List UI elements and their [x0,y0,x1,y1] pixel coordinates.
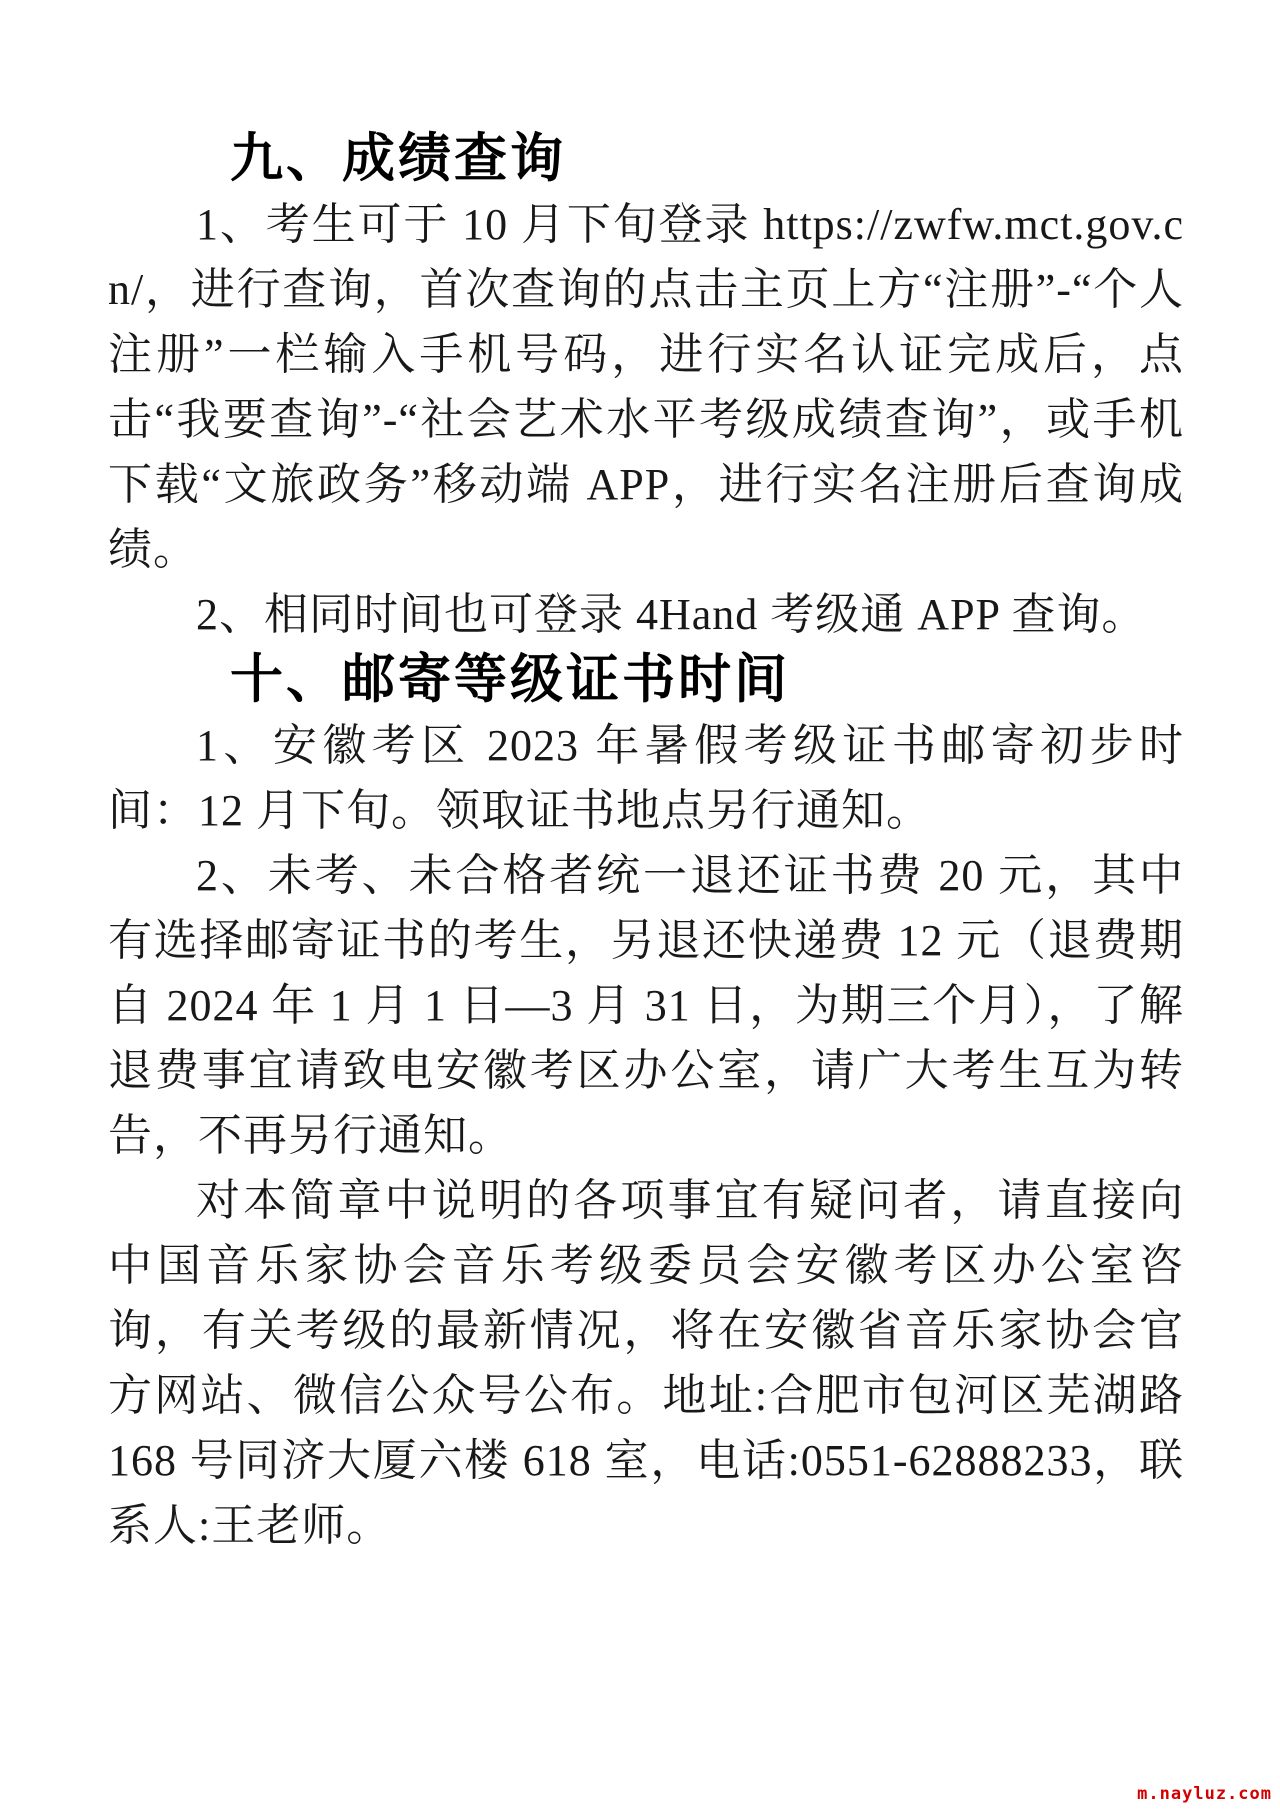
paragraph-score-inquiry-web: 1、考生可于 10 月下旬登录 https://zwfw.mct.gov.cn/… [108,192,1184,582]
paragraph-score-inquiry-app: 2、相同时间也可登录 4Hand 考级通 APP 查询。 [108,582,1184,647]
section-heading-score-inquiry: 九、成绩查询 [108,126,1184,192]
document-page: 九、成绩查询 1、考生可于 10 月下旬登录 https://zwfw.mct.… [0,0,1280,1810]
paragraph-mailing-time: 1、安徽考区 2023 年暑假考级证书邮寄初步时间：12 月下旬。领取证书地点另… [108,713,1184,843]
watermark-site-url: m.nayluz.com [1137,1786,1272,1803]
paragraph-contact-info: 对本简章中说明的各项事宜有疑问者，请直接向中国音乐家协会音乐考级委员会安徽考区办… [108,1168,1184,1558]
section-heading-certificate-mailing: 十、邮寄等级证书时间 [108,647,1184,713]
paragraph-refund-policy: 2、未考、未合格者统一退还证书费 20 元，其中有选择邮寄证书的考生，另退还快递… [108,843,1184,1168]
